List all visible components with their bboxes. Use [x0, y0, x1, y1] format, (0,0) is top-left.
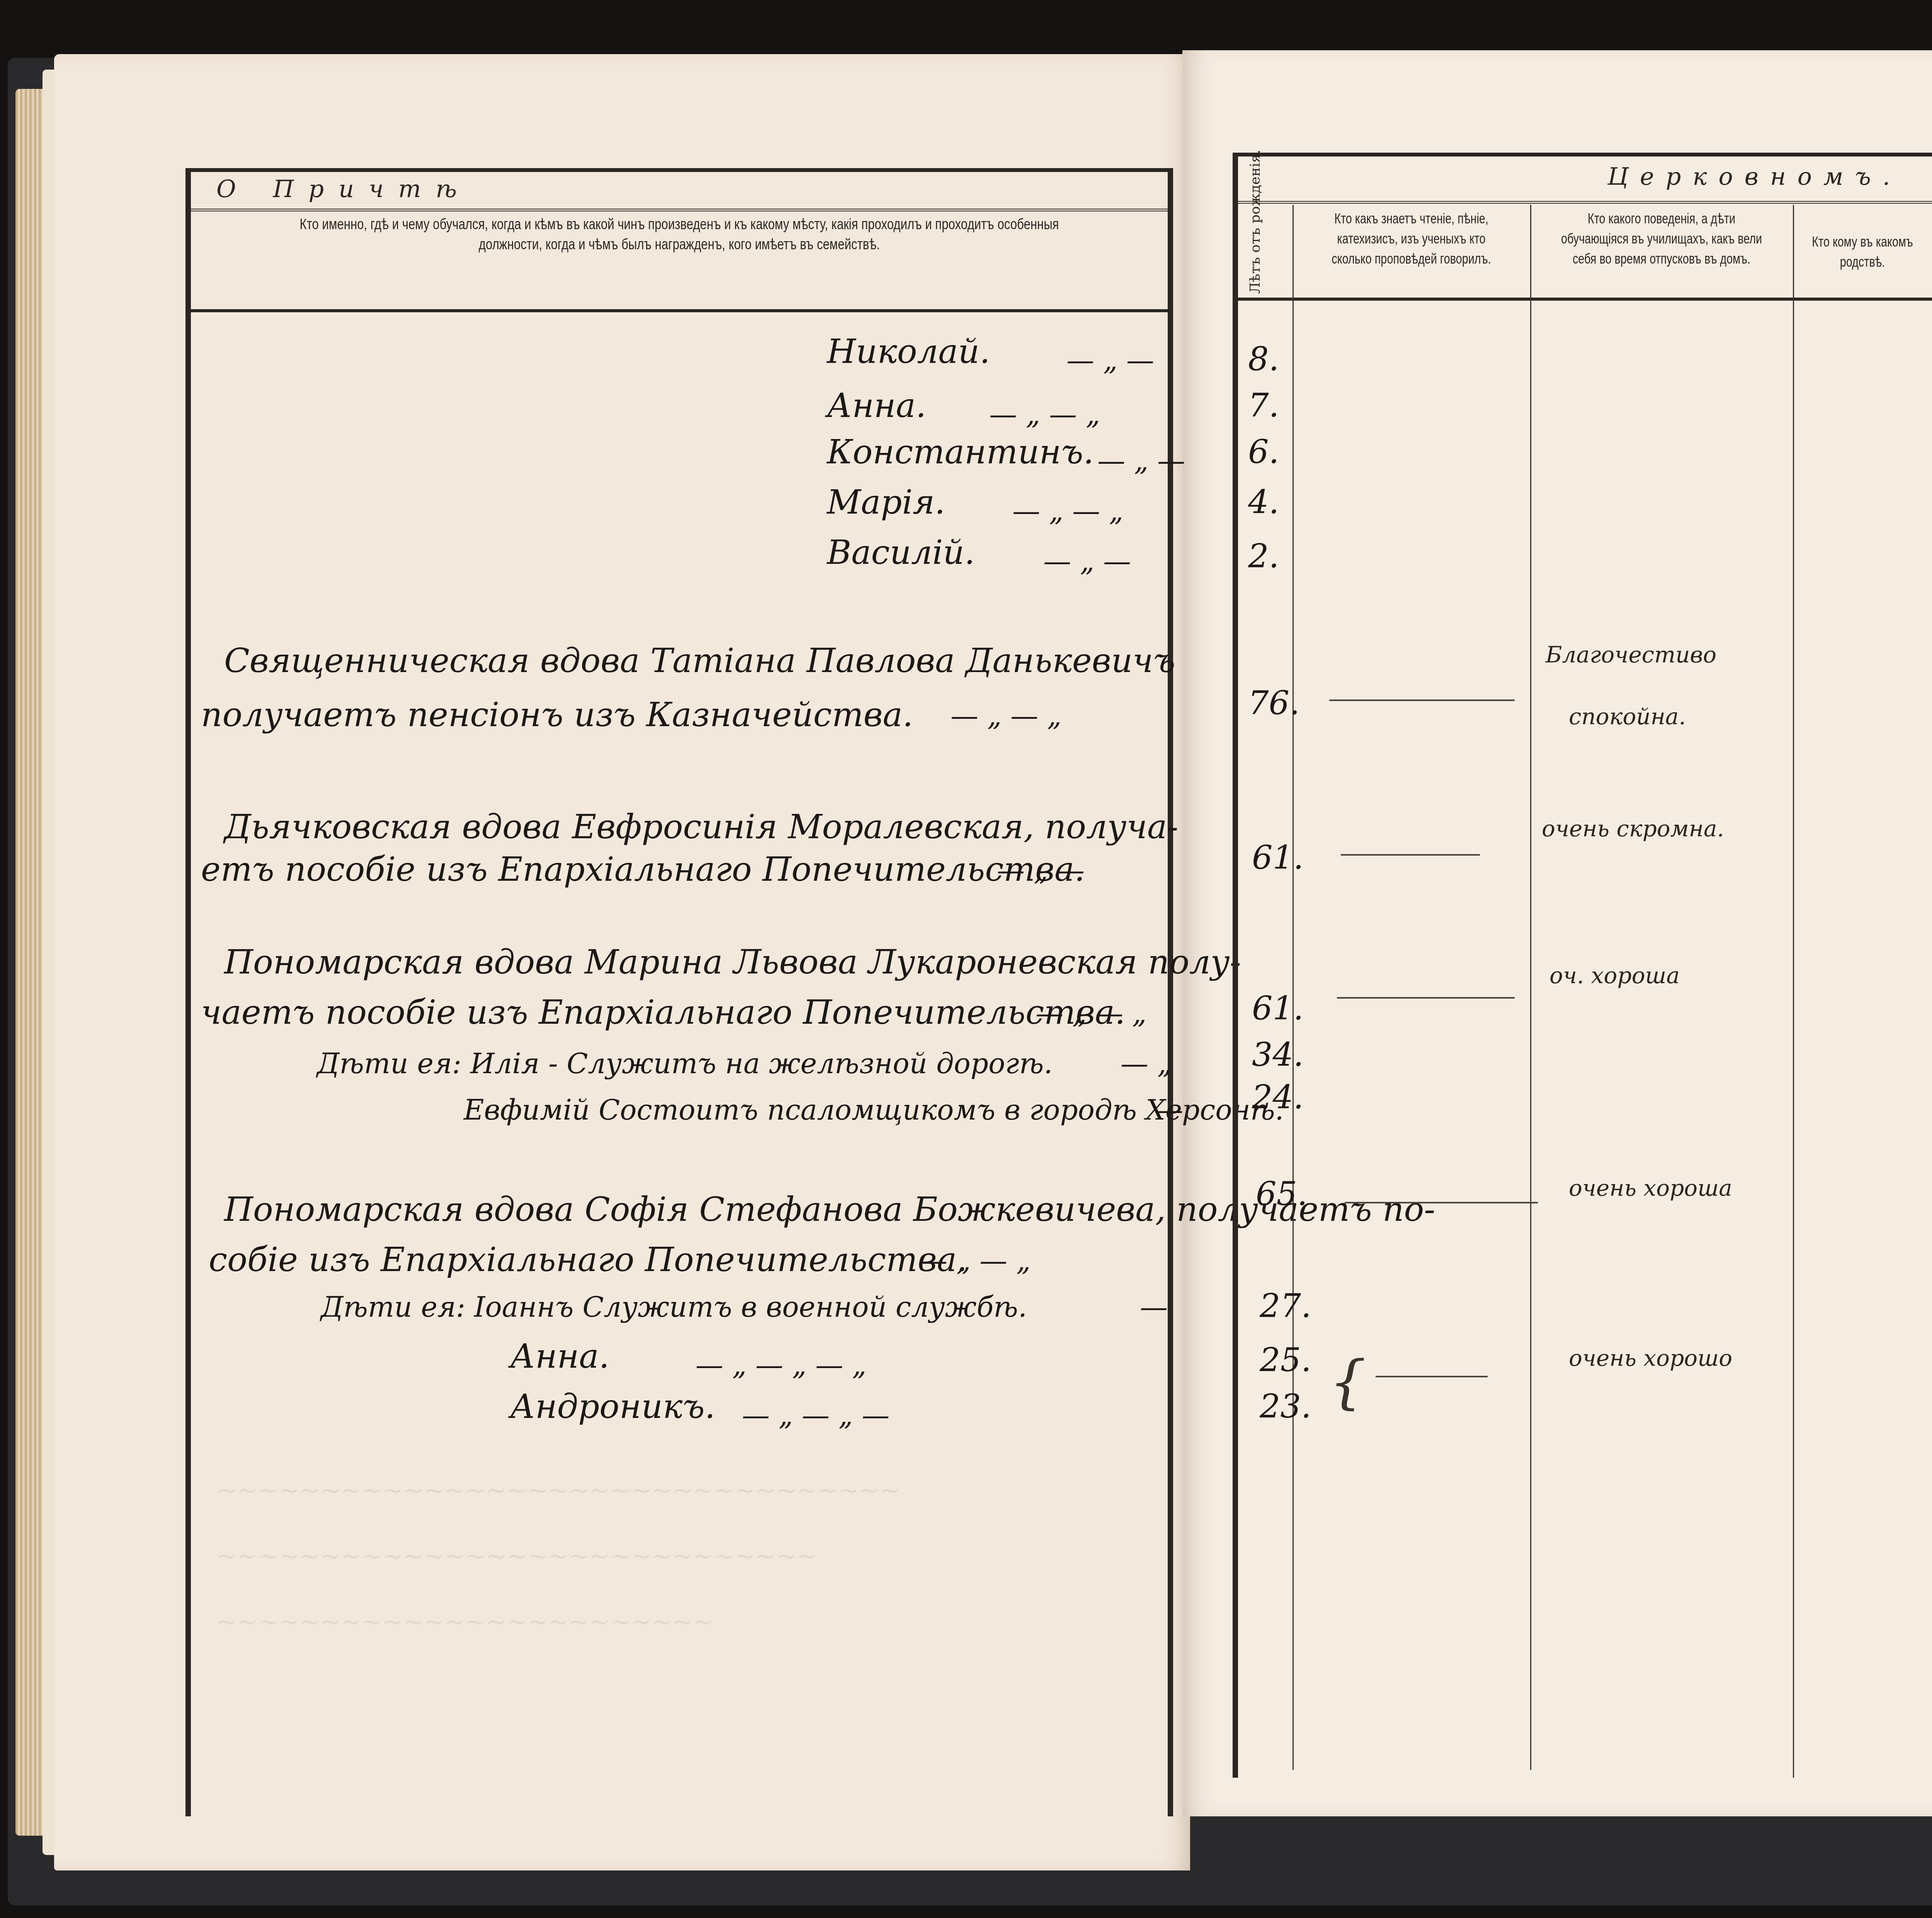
empty-mark [1376, 1376, 1488, 1377]
column-header-behavior: Кто какого поведенія, а дѣти обучающіяся… [1558, 209, 1765, 269]
behavior-note: очень хороша [1569, 1175, 1732, 1201]
entry-line: собіе изъ Епархіальнаго Попечительства. [209, 1241, 967, 1279]
entry-filler: — „ — [1043, 545, 1131, 577]
entry-filler: — „ — „ — [742, 1399, 889, 1431]
entry-name: Марія. [827, 483, 945, 522]
entry-line: Дьячковская вдова Евфросинія Моралевская… [224, 808, 1178, 846]
age-value: 76. [1248, 684, 1300, 722]
age-value: 27. [1260, 1287, 1311, 1325]
entry-filler: — [1155, 1094, 1183, 1126]
age-value: 61. [1252, 839, 1304, 876]
empty-mark [1337, 997, 1515, 999]
column-divider [1293, 205, 1294, 1770]
entry-line: Дѣти ея: Илія - Служитъ на желѣзной доро… [317, 1047, 1053, 1080]
bleed-through-text: ~~~~~~~~~~~~~~~~~~~~~~~~ [216, 1608, 714, 1636]
entry-name: Анна. [510, 1337, 609, 1376]
column-divider [1793, 205, 1794, 1778]
entry-filler: — „ — [997, 854, 1085, 887]
entry-line: получаетъ пенсіонъ изъ Казначейства. [201, 696, 913, 734]
empty-mark [1345, 1202, 1538, 1203]
right-header-bottom-rule [1238, 298, 1932, 301]
entry-line: чаетъ пособіе изъ Епархіальнаго Попечите… [201, 993, 1125, 1032]
entry-line: етъ пособіе изъ Епархіальнаго Попечитель… [201, 850, 1085, 889]
entry-filler: — [1140, 1291, 1168, 1323]
entry-filler: — „ — [1097, 444, 1185, 477]
brace-mark: { [1329, 1349, 1366, 1416]
entry-name: Константинъ. [827, 433, 1094, 471]
column-divider [1530, 205, 1531, 1770]
left-top-rule [185, 168, 1173, 172]
right-title-rule [1238, 201, 1932, 204]
age-value: 25. [1260, 1341, 1311, 1379]
entry-line: Дѣти ея: Іоаннъ Служитъ в военной службѣ… [321, 1291, 1027, 1323]
entry-filler: — „ — „ [989, 398, 1100, 431]
entry-filler: — „ — „ — „ [696, 1349, 866, 1381]
entry-name: Андроникъ. [510, 1387, 715, 1426]
column-header-knowledge: Кто какъ знаетъ чтеніе, пѣніе, катехизис… [1318, 209, 1505, 269]
column-header-age: Лѣтъ отъ рожденія. [1247, 150, 1264, 294]
age-value: 4. [1248, 483, 1279, 521]
age-value: 65. [1256, 1175, 1308, 1213]
age-value: 34. [1252, 1036, 1304, 1074]
entry-filler: — „ — „ [951, 699, 1061, 732]
entry-filler: — „ [1121, 1047, 1172, 1080]
right-section-title: Церковномъ. [1607, 162, 1902, 191]
entry-filler: — „ — „ [920, 1244, 1031, 1277]
age-value: 2. [1248, 537, 1279, 575]
right-top-rule [1233, 153, 1932, 157]
entry-line: Священническая вдова Татіана Павлова Дан… [224, 642, 1175, 680]
entry-filler: — „ — „ [1012, 495, 1123, 527]
behavior-note: Благочестиво [1546, 642, 1716, 668]
age-value: 61. [1252, 989, 1304, 1027]
entry-line: Пономарская вдова Марина Львова Лукароне… [224, 943, 1241, 982]
entry-name: Анна. [827, 386, 926, 425]
bleed-through-text: ~~~~~~~~~~~~~~~~~~~~~~~~~~~~~ [216, 1542, 817, 1571]
bleed-through-text: ~~~~~~~~~~~~~~~~~~~~~~~~~~~~~~~~~ [216, 1476, 900, 1505]
age-value: 8. [1248, 340, 1279, 378]
behavior-note: оч. хороша [1549, 962, 1680, 989]
entry-filler: — „ — [1066, 344, 1154, 376]
left-header-bottom-rule [191, 309, 1168, 312]
entry-name: Василій. [827, 533, 975, 572]
behavior-note: очень скромна. [1542, 815, 1724, 842]
left-section-title: О Причтѣ [216, 175, 471, 203]
behavior-note: спокойна. [1569, 703, 1686, 730]
age-value: 7. [1248, 386, 1279, 424]
empty-mark [1341, 854, 1480, 856]
entry-filler: — „ — „ [1036, 997, 1146, 1030]
left-title-rule [191, 209, 1168, 211]
age-value: 24. [1252, 1078, 1304, 1116]
age-value: 6. [1248, 433, 1279, 471]
left-column-header: Кто именно, гдѣ и чему обучался, когда и… [279, 214, 1080, 255]
empty-mark [1329, 699, 1515, 701]
column-header-kinship: Кто кому въ какомъ родствѣ. [1808, 232, 1917, 272]
age-value: 23. [1260, 1387, 1311, 1425]
behavior-note: очень хорошо [1569, 1345, 1732, 1371]
entry-name: Николай. [827, 332, 990, 371]
